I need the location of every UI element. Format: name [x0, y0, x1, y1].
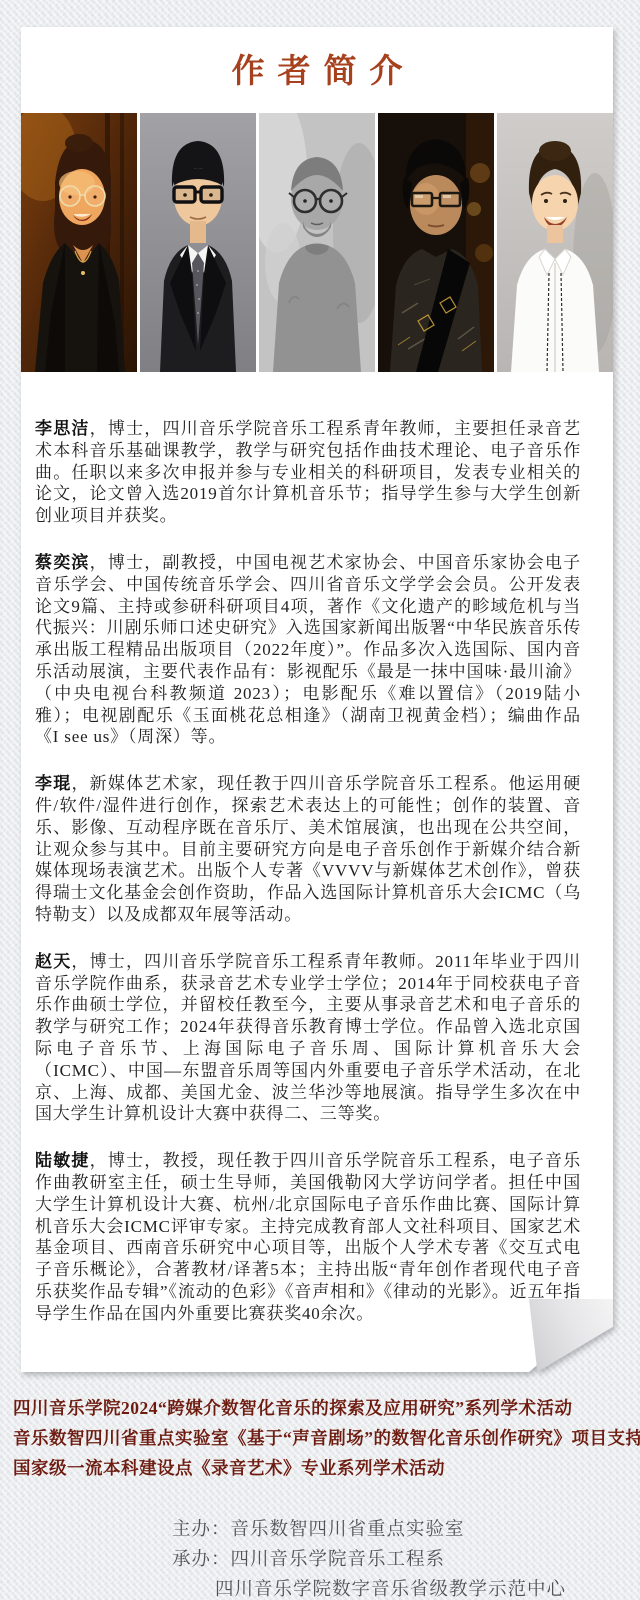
portrait-photo-3 — [259, 113, 375, 372]
author-bio-paragraph: 陆敏捷，博士，教授，现任教于四川音乐学院音乐工程系，电子音乐作曲教研室主任，硕士… — [35, 1150, 581, 1324]
portrait-photo-5 — [497, 113, 613, 372]
author-name: 蔡奕滨 — [35, 553, 90, 572]
paper-sheet: 作者简介 — [21, 27, 613, 1372]
author-photo-strip — [21, 113, 613, 372]
event-series-line: 音乐数智四川省重点实验室《基于“声音剧场”的数智化音乐创作研究》项目支持 — [13, 1423, 628, 1453]
author-bios: 李思洁，博士，四川音乐学院音乐工程系青年教师，主要担任录音艺术本科音乐基础课教学… — [21, 372, 613, 1324]
author-name: 陆敏捷 — [35, 1151, 90, 1170]
author-bio-paragraph: 赵天，博士，四川音乐学院音乐工程系青年教师。2011年毕业于四川音乐学院作曲系，… — [35, 951, 581, 1125]
organizers-block: 主办：音乐数智四川省重点实验室 承办：四川音乐学院音乐工程系 四川音乐学院数字音… — [172, 1515, 566, 1600]
author-name: 赵天 — [35, 952, 71, 971]
page-title: 作者简介 — [21, 27, 613, 113]
author-name: 李琨 — [35, 774, 71, 793]
author-bio-paragraph: 李琨，新媒体艺术家，现任教于四川音乐学院音乐工程系。他运用硬件/软件/湿件进行创… — [35, 773, 581, 926]
portrait-photo-2 — [140, 113, 256, 372]
author-bio-paragraph: 蔡奕滨，博士，副教授，中国电视艺术家协会、中国音乐家协会电子音乐学会、中国传统音… — [35, 552, 581, 748]
co-organizer-line: 四川音乐学院数字音乐省级教学示范中心 — [172, 1575, 566, 1600]
organizer-line: 承办：四川音乐学院音乐工程系 — [172, 1545, 566, 1575]
portrait-photo-1 — [21, 113, 137, 372]
author-name: 李思洁 — [35, 419, 90, 438]
page-curl-corner — [529, 1299, 613, 1372]
author-bio-paragraph: 李思洁，博士，四川音乐学院音乐工程系青年教师，主要担任录音艺术本科音乐基础课教学… — [35, 418, 581, 527]
event-series-footer: 四川音乐学院2024“跨媒介数智化音乐的探索及应用研究”系列学术活动 音乐数智四… — [13, 1393, 628, 1483]
host-line: 主办：音乐数智四川省重点实验室 — [172, 1515, 566, 1545]
portrait-photo-4 — [378, 113, 494, 372]
event-series-line: 国家级一流本科建设点《录音艺术》专业系列学术活动 — [13, 1453, 628, 1483]
event-series-line: 四川音乐学院2024“跨媒介数智化音乐的探索及应用研究”系列学术活动 — [13, 1393, 628, 1423]
